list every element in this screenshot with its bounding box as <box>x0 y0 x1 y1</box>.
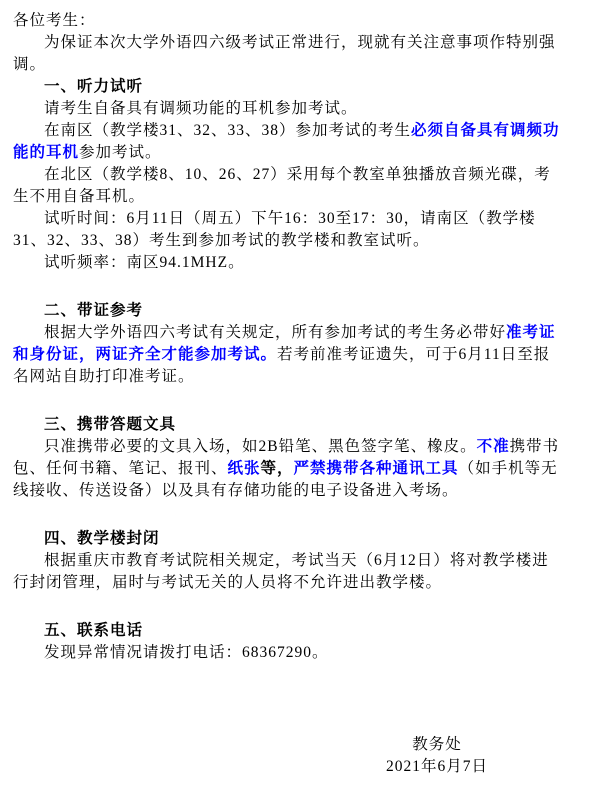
signature-signer: 教务处 <box>337 734 537 756</box>
text-run: 三、携带答题文具 <box>44 416 176 433</box>
text-run: 各位考生： <box>13 12 96 29</box>
heading-stationery: 三、携带答题文具 <box>13 414 561 436</box>
para-trial-time: 试听时间：6月11日（周五）下午16：30至17：30，请南区（教学楼31、32… <box>13 208 561 252</box>
text-run: 等， <box>261 460 294 477</box>
heading-certificates: 二、带证参考 <box>13 300 561 322</box>
para-trial-frequency: 试听频率：南区94.1MHZ。 <box>13 252 561 274</box>
para-south-campus: 在南区（教学楼31、32、33、38）参加考试的考生必须自备具有调频功能的耳机参… <box>13 120 561 164</box>
para-north-campus: 在北区（教学楼8、10、26、27）采用每个教室单独播放音频光碟，考生不用自备耳… <box>13 164 561 208</box>
text-run: 发现异常情况请拨打电话：68367290。 <box>44 644 329 661</box>
para-building-closure: 根据重庆市教育考试院相关规定，考试当天（6月12日）将对教学楼进行封闭管理，届时… <box>13 550 561 594</box>
para-certificates: 根据大学外语四六考试有关规定，所有参加考试的考生务必带好准考证和身份证，两证齐全… <box>13 322 561 388</box>
text-run: 试听时间：6月11日（周五）下午16：30至17：30，请南区（教学楼31、32… <box>13 210 536 249</box>
text-run: 根据大学外语四六考试有关规定，所有参加考试的考生务必带好 <box>44 324 506 341</box>
heading-contact: 五、联系电话 <box>13 620 561 642</box>
text-run: 四、教学楼封闭 <box>44 530 160 547</box>
heading-building-closure: 四、教学楼封闭 <box>13 528 561 550</box>
salutation: 各位考生： <box>13 10 561 32</box>
text-run: 在北区（教学楼8、10、26、27）采用每个教室单独播放音频光碟，考生不用自备耳… <box>13 166 551 205</box>
text-run: 五、联系电话 <box>44 622 143 639</box>
text-run: 根据重庆市教育考试院相关规定，考试当天（6月12日）将对教学楼进行封闭管理，届时… <box>13 552 549 591</box>
text-run: 不准 <box>477 438 510 455</box>
text-run: 在南区（教学楼31、32、33、38）参加考试的考生 <box>44 122 411 139</box>
para-stationery: 只准携带必要的文具入场，如2B铅笔、黑色签字笔、橡皮。不准携带书包、任何书籍、笔… <box>13 436 561 502</box>
text-run: 为保证本次大学外语四六级考试正常进行，现就有关注意事项作特别强调。 <box>13 34 556 73</box>
signature-date: 2021年6月7日 <box>337 756 537 778</box>
text-run: 一、听力试听 <box>44 78 143 95</box>
heading-listening-test: 一、听力试听 <box>13 76 561 98</box>
text-run: 参加考试。 <box>79 144 162 161</box>
text-run: 请考生自备具有调频功能的耳机参加考试。 <box>44 100 358 117</box>
signature-block: 教务处 2021年6月7日 <box>337 734 537 778</box>
para-headphone-requirement: 请考生自备具有调频功能的耳机参加考试。 <box>13 98 561 120</box>
text-run: 试听频率：南区94.1MHZ。 <box>44 254 245 271</box>
intro-paragraph: 为保证本次大学外语四六级考试正常进行，现就有关注意事项作特别强调。 <box>13 32 561 76</box>
exam-notice-page: 各位考生： 为保证本次大学外语四六级考试正常进行，现就有关注意事项作特别强调。 … <box>0 0 603 787</box>
text-run: 只准携带必要的文具入场，如2B铅笔、黑色签字笔、橡皮。 <box>44 438 477 455</box>
para-contact: 发现异常情况请拨打电话：68367290。 <box>13 642 561 664</box>
text-run: 严禁携带各种通讯工具 <box>294 460 459 477</box>
text-run: 二、带证参考 <box>44 302 143 319</box>
text-run: 纸张 <box>228 460 261 477</box>
